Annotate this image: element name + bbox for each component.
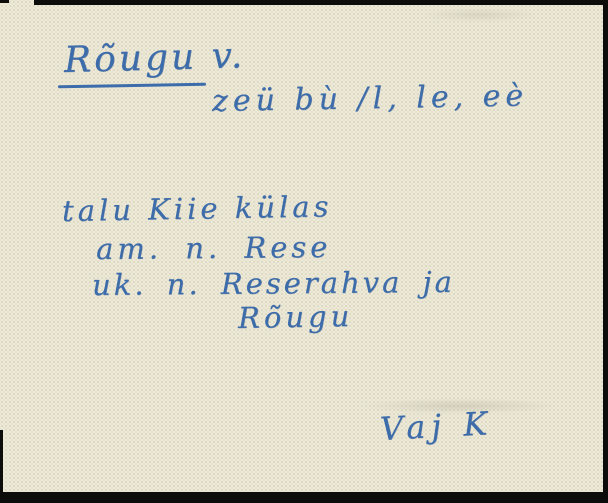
body-line-alternate-names: uk. n. Reserahva ja <box>92 265 455 302</box>
scan-edge-left-sliver <box>0 430 3 492</box>
card-header-parish-line: Rõugu v. <box>63 35 245 81</box>
phonetic-notation-line: zeü bù /l, le, eè <box>212 78 529 119</box>
body-line-rougu: Rõugu <box>238 299 354 335</box>
scan-edge-top <box>34 0 608 5</box>
paper-smudge-top <box>420 8 540 22</box>
scanned-card: Rõugu v. zeü bù /l, le, eè talu Kiie kül… <box>0 0 608 503</box>
scan-edge-bottom <box>0 492 608 503</box>
body-line-farm-village: talu Kiie külas <box>62 189 333 228</box>
scan-edge-right <box>603 0 608 503</box>
body-line-official-name: am. n. Rese <box>96 230 332 266</box>
scan-edge-top-left-corner <box>0 0 9 3</box>
collector-signature: Vaj K <box>379 404 494 448</box>
header-underline <box>58 83 206 89</box>
